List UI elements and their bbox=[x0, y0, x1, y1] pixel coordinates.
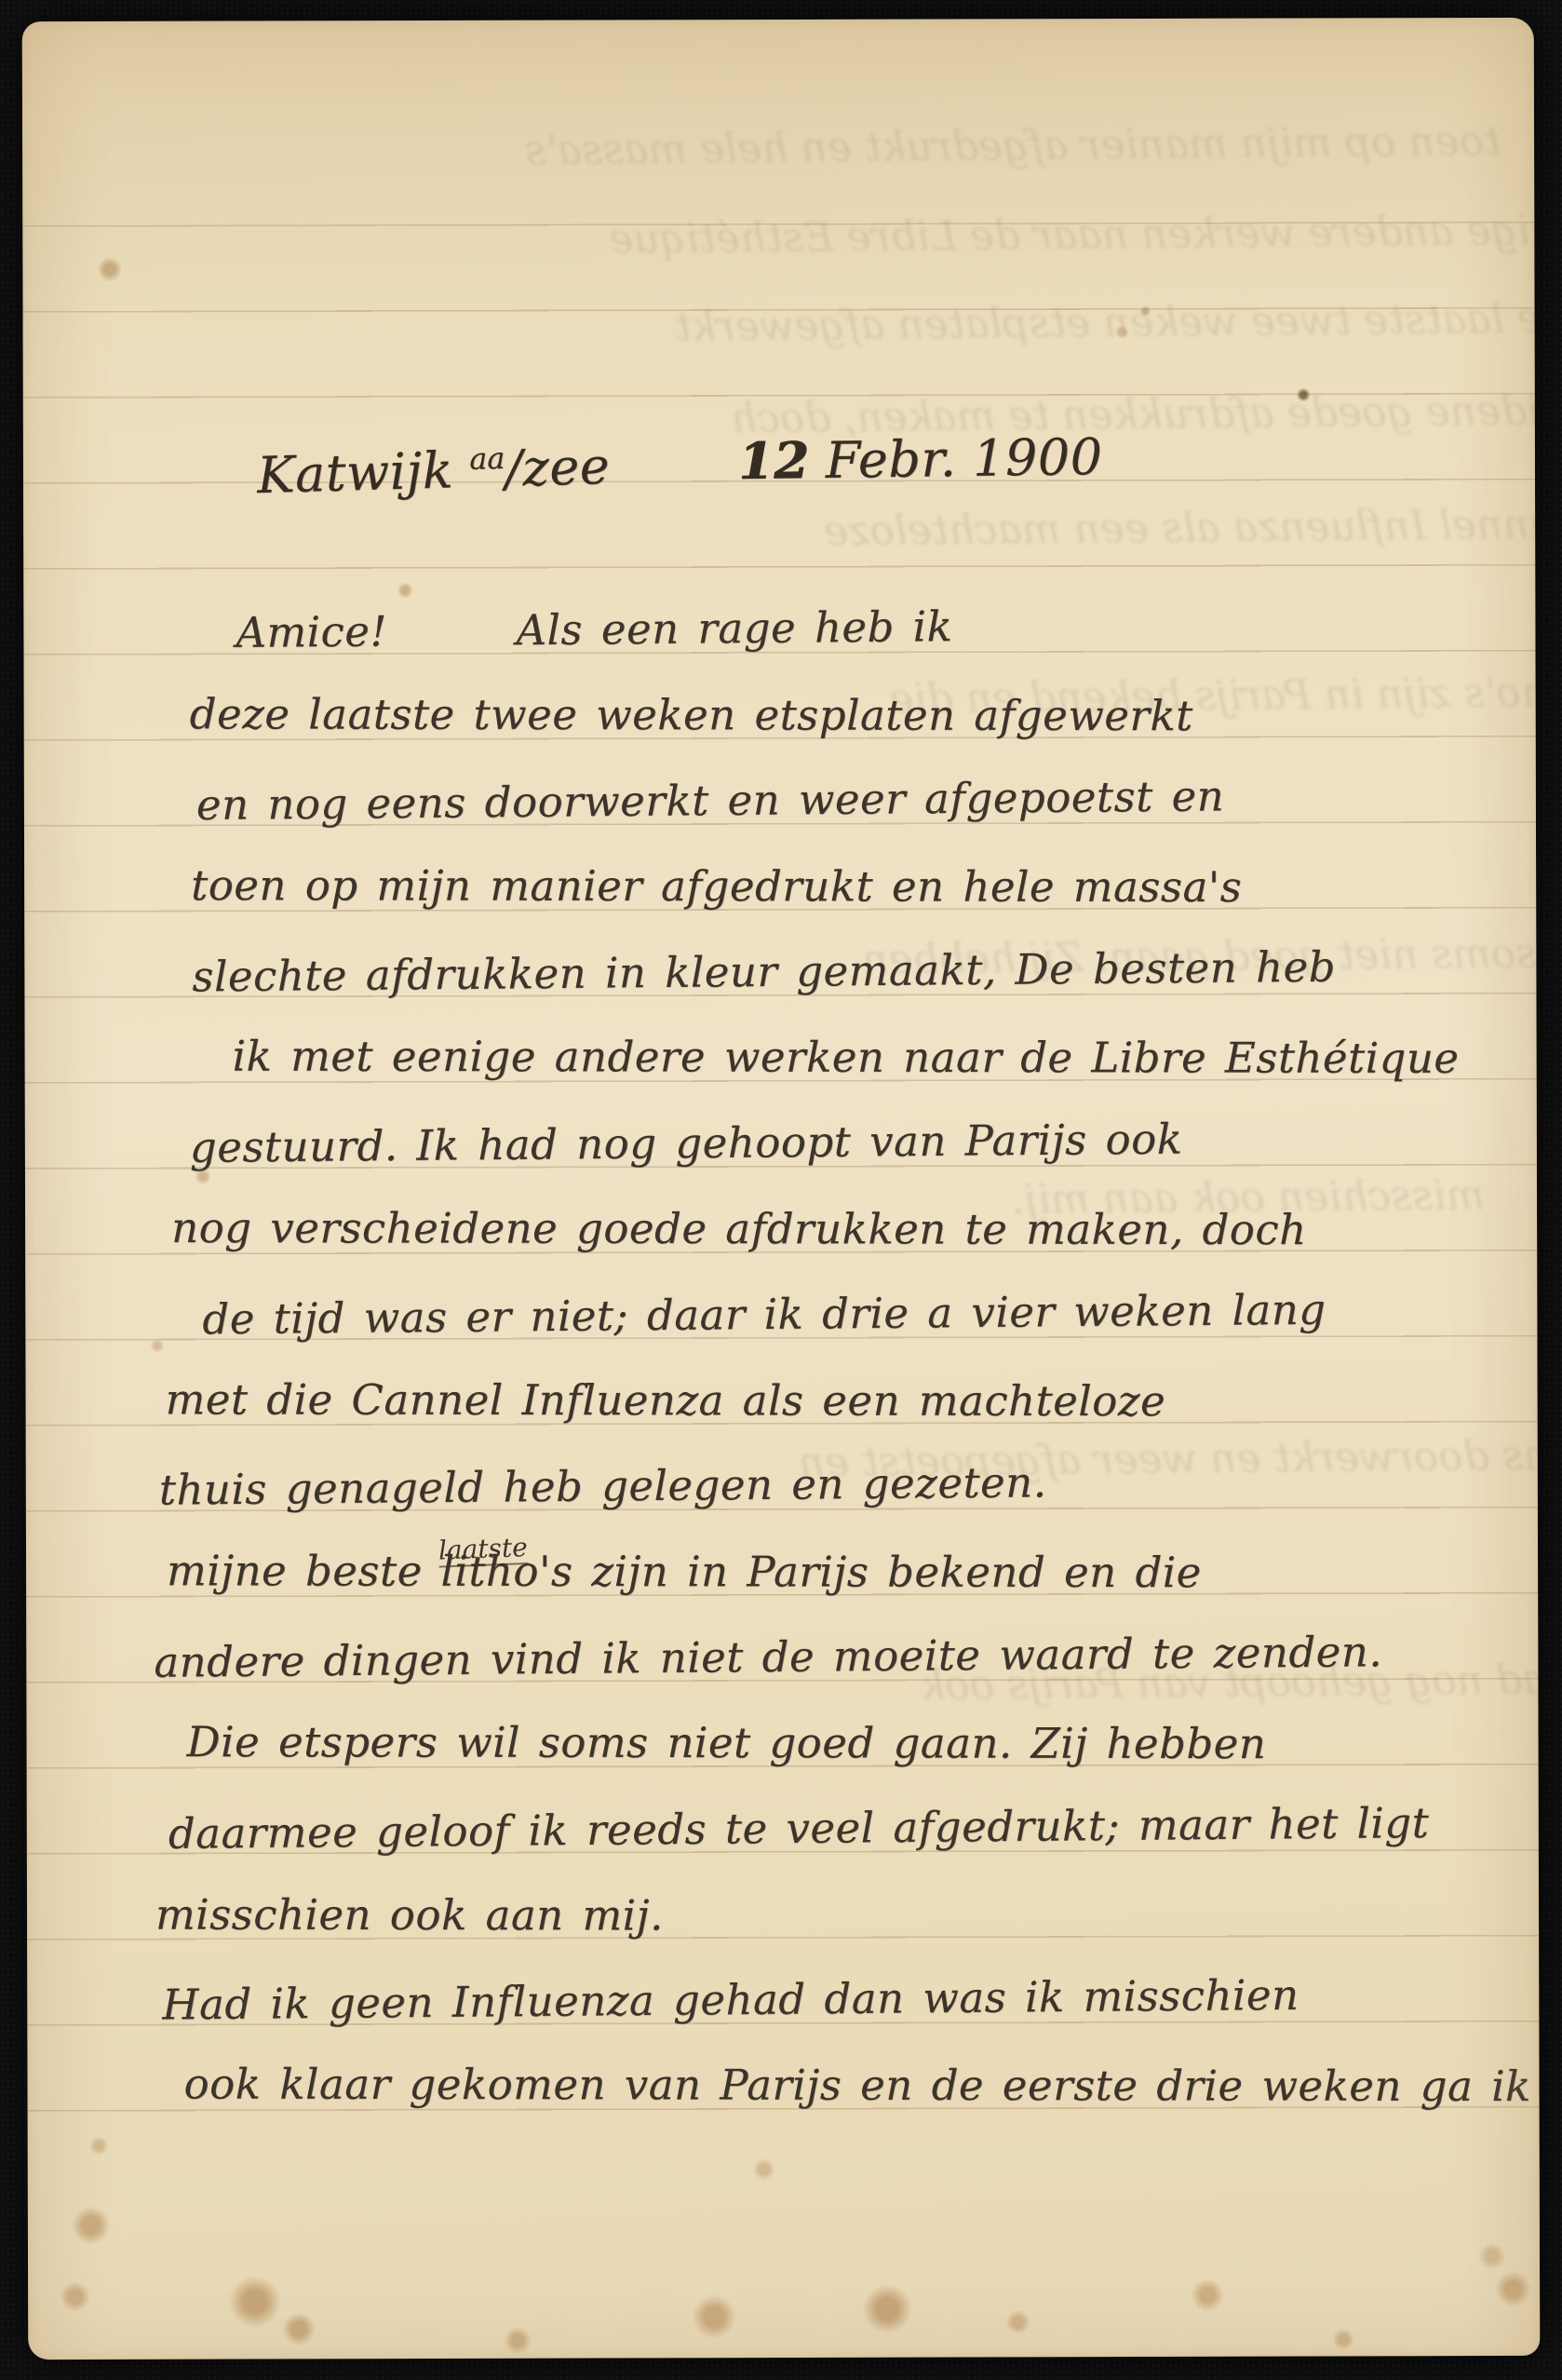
letter-date: 12 Febr. 1900 bbox=[738, 426, 1103, 492]
handwritten-line-2: deze laatste twee weken etsplaten afgewe… bbox=[190, 688, 1193, 742]
date-month-year: Febr. 1900 bbox=[809, 427, 1103, 490]
letter-place: Katwijk aa/zee bbox=[256, 426, 611, 506]
date-day: 12 bbox=[738, 430, 810, 491]
foxing-spot bbox=[1005, 2309, 1030, 2334]
bleedthrough-line: ik met eenige andere werken naar de Libr… bbox=[609, 204, 1540, 265]
bleedthrough-line: toen op mijn manier afgedrukt en hele ma… bbox=[525, 116, 1501, 176]
bleedthrough-line: met die Cannel Influenza als een machtel… bbox=[824, 498, 1540, 558]
handwritten-line-18: ook klaar gekomen van Parijs en de eerst… bbox=[183, 2059, 1530, 2114]
handwritten-line-1: Amice! Als een rage heb ik bbox=[236, 601, 952, 659]
foxing-spot bbox=[862, 2284, 912, 2334]
foxing-spot bbox=[753, 2158, 775, 2181]
handwritten-line-13: andere dingen vind ik niet de moeite waa… bbox=[154, 1626, 1382, 1689]
foxing-spot bbox=[504, 2327, 532, 2355]
foxing-spot bbox=[1495, 2270, 1531, 2306]
handwritten-line-11: thuis genageld heb gelegen en gezeten. bbox=[159, 1456, 1047, 1516]
bleedthrough-line: deze laatste twee weken etsplaten afgewe… bbox=[674, 293, 1540, 353]
handwritten-line-7: gestuurd. Ik had nog gehoopt van Parijs … bbox=[190, 1114, 1183, 1174]
place-text: Katwijk bbox=[256, 440, 470, 505]
handwritten-line-10: met die Cannel Influenza als een machtel… bbox=[166, 1373, 1166, 1427]
foxing-spot bbox=[72, 2206, 111, 2245]
handwritten-line-17: Had ik geen Influenza gehad dan was ik m… bbox=[162, 1969, 1299, 2032]
inserted-word: laatste bbox=[438, 1533, 528, 1568]
handwritten-line-8: nog verscheidene goede afdrukken te make… bbox=[171, 1202, 1307, 1256]
ink-bleedthrough: toen op mijn manier afgedrukt en hele ma… bbox=[22, 18, 1534, 21]
handwritten-line-3: en nog eens doorwerkt en weer afgepoetst… bbox=[196, 770, 1225, 832]
foxing-stains bbox=[22, 18, 1534, 21]
foxing-spot bbox=[228, 2275, 281, 2328]
handwritten-line-4: toen op mijn manier afgedrukt en hele ma… bbox=[191, 859, 1242, 913]
handwritten-line-12: mijne beste litho's zijn in Parijs beken… bbox=[167, 1545, 1202, 1599]
foxing-spot bbox=[1191, 2279, 1224, 2312]
handwritten-line-15: daarmee geloof ik reeds te veel afgedruk… bbox=[168, 1797, 1430, 1860]
foxing-spot bbox=[60, 2280, 90, 2311]
foxing-spot bbox=[1332, 2328, 1354, 2350]
place-suffix: /zee bbox=[505, 437, 611, 498]
letter-body: Amice! Als een rage heb ikdeze laatste t… bbox=[22, 18, 1534, 21]
handwritten-line-16: misschien ook aan mij. bbox=[155, 1889, 664, 1942]
foxing-spot bbox=[692, 2294, 736, 2339]
scan-background: toen op mijn manier afgedrukt en hele ma… bbox=[0, 0, 1562, 2380]
foxing-spot bbox=[88, 2135, 108, 2155]
handwritten-line-14: Die etspers wil soms niet goed gaan. Zij… bbox=[187, 1716, 1267, 1770]
letter-page: toen op mijn manier afgedrukt en hele ma… bbox=[22, 18, 1541, 2360]
foxing-spot bbox=[1478, 2242, 1506, 2270]
place-superscript: aa bbox=[469, 440, 505, 477]
handwritten-line-5: slechte afdrukken in kleur gemaakt, De b… bbox=[192, 941, 1336, 1004]
foxing-spot bbox=[282, 2312, 316, 2346]
handwritten-line-9: de tijd was er niet; daar ik drie a vier… bbox=[202, 1284, 1326, 1346]
handwritten-line-6: ik met eenige andere werken naar de Libr… bbox=[233, 1031, 1460, 1085]
